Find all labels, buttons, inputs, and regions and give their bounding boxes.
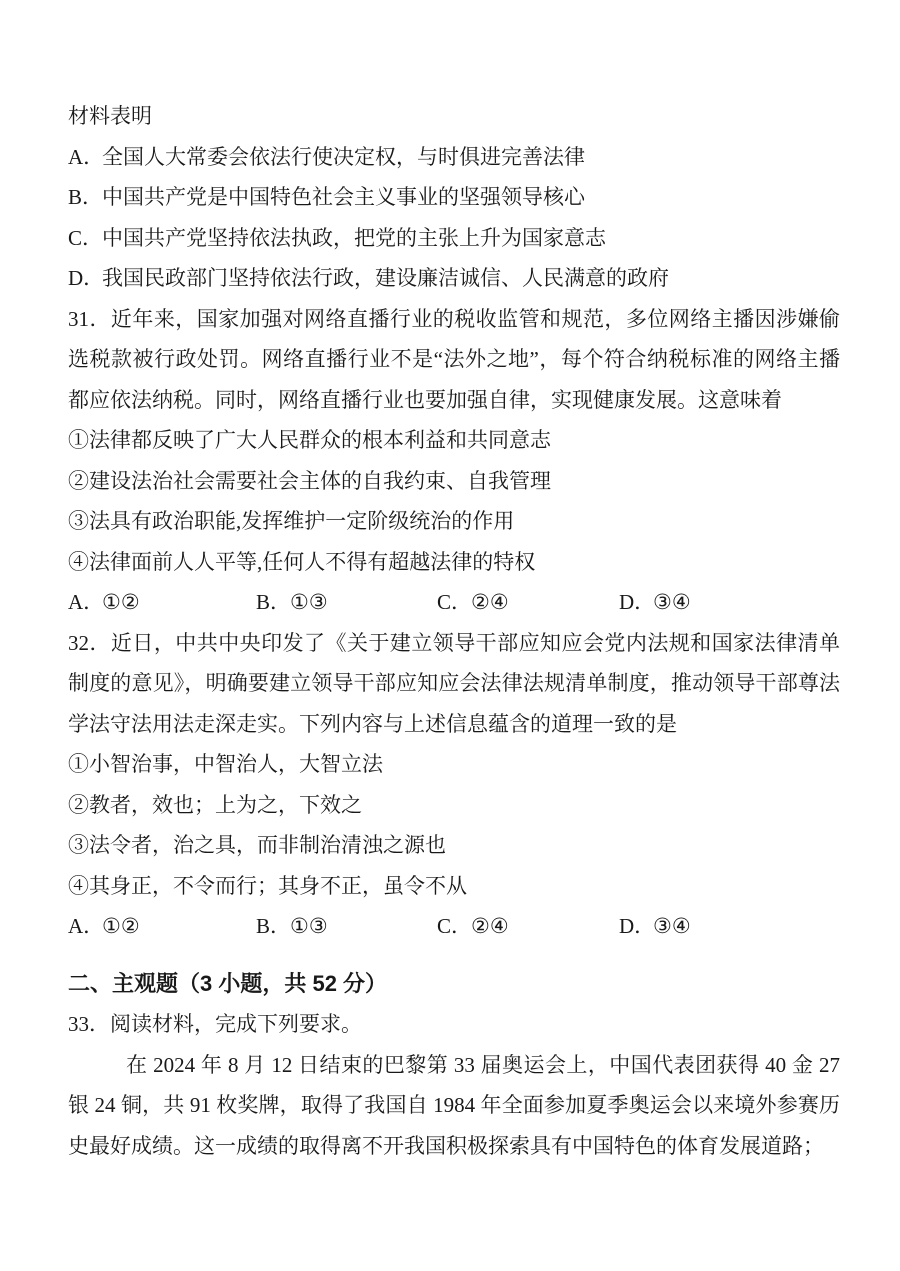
question-32: 32．近日，中共中央印发了《关于建立领导干部应知应会党内法规和国家法律清单 制度…: [68, 623, 840, 947]
question-31-stem-line: 都应依法纳税。同时，网络直播行业也要加强自律，实现健康发展。这意味着: [68, 380, 840, 421]
question-31-answer-row: A．①② B．①③ C．②④ D．③④: [68, 582, 840, 623]
option-text-b: 中国共产党是中国特色社会主义事业的坚强领导核心: [102, 185, 585, 209]
answer-value-c: ②④: [471, 914, 509, 938]
option-text-c: 中国共产党坚持依法执政，把党的主张上升为国家意志: [102, 226, 606, 250]
question-33: 33．阅读材料，完成下列要求。 在 2024 年 8 月 12 日结束的巴黎第 …: [68, 1004, 840, 1166]
answer-label-c: C．: [437, 582, 471, 623]
question-33-intro: 33．阅读材料，完成下列要求。: [68, 1004, 840, 1045]
option-row-c: C．中国共产党坚持依法执政，把党的主张上升为国家意志: [68, 218, 840, 259]
option-label-b: B．: [68, 177, 102, 218]
question-32-item-1: ①小智治事，中智治人，大智立法: [68, 744, 840, 785]
option-row-b: B．中国共产党是中国特色社会主义事业的坚强领导核心: [68, 177, 840, 218]
question-32-item-2: ②教者，效也；上为之，下效之: [68, 785, 840, 826]
question-32-answer-row: A．①② B．①③ C．②④ D．③④: [68, 906, 840, 947]
section-2-heading: 二、主观题（3 小题，共 52 分）: [68, 964, 840, 1005]
question-31: 31．近年来，国家加强对网络直播行业的税收监管和规范，多位网络主播因涉嫌偷 选税…: [68, 299, 840, 623]
answer-value-c: ②④: [471, 590, 509, 614]
answer-label-c: C．: [437, 906, 471, 947]
option-row-d: D．我国民政部门坚持依法行政，建设廉洁诚信、人民满意的政府: [68, 258, 840, 299]
question-31-item-4: ④法律面前人人平等,任何人不得有超越法律的特权: [68, 542, 840, 583]
option-row-a: A．全国人大常委会依法行使决定权，与时俱进完善法律: [68, 137, 840, 178]
option-text-a: 全国人大常委会依法行使决定权，与时俱进完善法律: [102, 145, 585, 169]
answer-value-b: ①③: [290, 590, 328, 614]
question-stem-tail: 材料表明: [68, 96, 840, 137]
question-32-stem-line: 制度的意见》，明确要建立领导干部应知应会法律法规清单制度，推动领导干部尊法: [68, 663, 840, 704]
answer-option-a: A．①②: [68, 582, 256, 623]
answer-option-c: C．②④: [437, 906, 619, 947]
answer-option-d: D．③④: [619, 582, 691, 623]
answer-value-a: ①②: [102, 914, 140, 938]
question-33-paragraph-line: 史最好成绩。这一成绩的取得离不开我国积极探索具有中国特色的体育发展道路；: [68, 1126, 840, 1167]
answer-option-b: B．①③: [256, 906, 437, 947]
answer-label-b: B．: [256, 906, 290, 947]
answer-label-d: D．: [619, 906, 653, 947]
answer-value-a: ①②: [102, 590, 140, 614]
answer-label-b: B．: [256, 582, 290, 623]
answer-label-a: A．: [68, 906, 102, 947]
answer-option-c: C．②④: [437, 582, 619, 623]
answer-option-b: B．①③: [256, 582, 437, 623]
answer-label-d: D．: [619, 582, 653, 623]
question-31-item-1: ①法律都反映了广大人民群众的根本利益和共同意志: [68, 420, 840, 461]
question-31-stem-line: 选税款被行政处罚。网络直播行业不是“法外之地”，每个符合纳税标准的网络主播: [68, 339, 840, 380]
question-33-paragraph-line: 在 2024 年 8 月 12 日结束的巴黎第 33 届奥运会上，中国代表团获得…: [68, 1045, 840, 1086]
answer-label-a: A．: [68, 582, 102, 623]
question-31-item-3: ③法具有政治职能,发挥维护一定阶级统治的作用: [68, 501, 840, 542]
option-label-d: D．: [68, 258, 102, 299]
option-text-d: 我国民政部门坚持依法行政，建设廉洁诚信、人民满意的政府: [102, 266, 669, 290]
answer-option-d: D．③④: [619, 906, 691, 947]
question-32-item-3: ③法令者，治之具，而非制治清浊之源也: [68, 825, 840, 866]
answer-option-a: A．①②: [68, 906, 256, 947]
question-31-item-2: ②建设法治社会需要社会主体的自我约束、自我管理: [68, 461, 840, 502]
answer-value-d: ③④: [653, 590, 691, 614]
exam-document-page: 材料表明 A．全国人大常委会依法行使决定权，与时俱进完善法律 B．中国共产党是中…: [0, 0, 900, 1166]
answer-value-d: ③④: [653, 914, 691, 938]
question-32-item-4: ④其身正，不令而行；其身不正，虽令不从: [68, 866, 840, 907]
question-32-stem-line: 32．近日，中共中央印发了《关于建立领导干部应知应会党内法规和国家法律清单: [68, 623, 840, 664]
option-label-a: A．: [68, 137, 102, 178]
question-32-stem-line: 学法守法用法走深走实。下列内容与上述信息蕴含的道理一致的是: [68, 704, 840, 745]
question-31-stem-line: 31．近年来，国家加强对网络直播行业的税收监管和规范，多位网络主播因涉嫌偷: [68, 299, 840, 340]
question-33-paragraph-line: 银 24 铜，共 91 枚奖牌，取得了我国自 1984 年全面参加夏季奥运会以来…: [68, 1085, 840, 1126]
answer-value-b: ①③: [290, 914, 328, 938]
option-label-c: C．: [68, 218, 102, 259]
